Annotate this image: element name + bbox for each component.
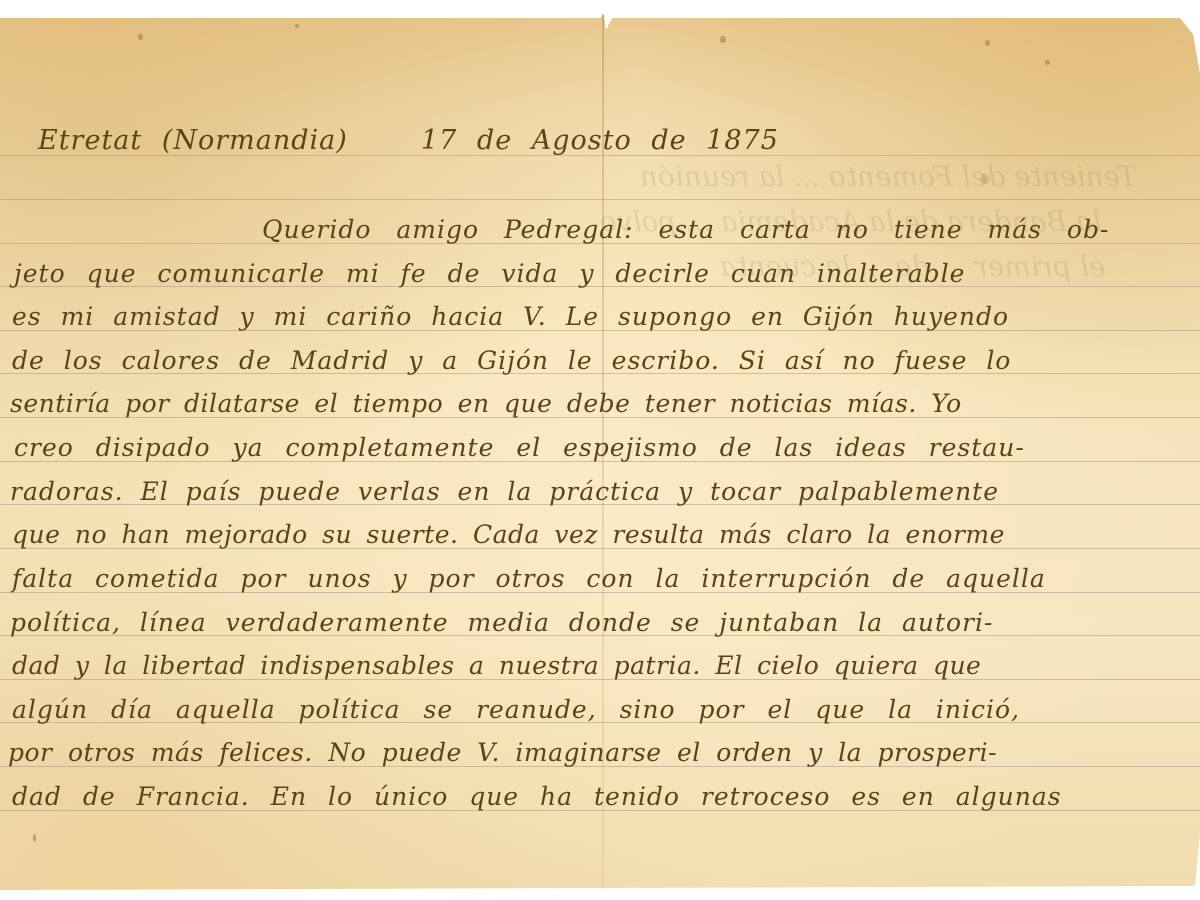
- letter-line: de los calores de Madrid y a Gijón le es…: [12, 348, 1011, 373]
- letter-date: 17 de Agosto de 1875: [421, 125, 779, 156]
- bleed-through-text: Teniente del Fomento ... la reunión: [640, 160, 1137, 193]
- foxing-stain: [985, 40, 990, 46]
- letter-line: jeto que comunicarle mi fe de vida y dec…: [14, 261, 965, 286]
- letter-line: es mi amistad y mi cariño hacia V. Le su…: [12, 304, 1009, 329]
- letter-line: sentiría por dilatarse el tiempo en que …: [10, 391, 962, 416]
- foxing-stain: [33, 834, 36, 842]
- letter-line: falta cometida por unos y por otros con …: [12, 566, 1046, 591]
- letter-line: dad y la libertad indispensables a nuest…: [12, 653, 981, 678]
- letter-line: algún día aquella política se reanude, s…: [12, 697, 1020, 722]
- letter-place: Etretat (Normandia): [38, 125, 348, 156]
- letter-line: por otros más felices. No puede V. imagi…: [8, 740, 997, 765]
- foxing-stain: [295, 24, 299, 28]
- foxing-stain: [720, 36, 726, 43]
- letter-line: que no han mejorado su suerte. Cada vez …: [12, 522, 1005, 547]
- letter-line: dad de Francia. En lo único que ha tenid…: [12, 784, 1062, 809]
- letter-place-date: Etretat (Normandia) 17 de Agosto de 1875: [38, 127, 779, 154]
- foxing-stain: [138, 34, 143, 40]
- foxing-stain: [1045, 60, 1050, 65]
- letter-line: Querido amigo Pedregal: esta carta no ti…: [262, 217, 1109, 242]
- letter-line: política, línea verdaderamente media don…: [10, 610, 993, 635]
- letter-line: radoras. El país puede verlas en la prác…: [10, 479, 999, 504]
- letter-line: creo disipado ya completamente el espeji…: [14, 435, 1025, 460]
